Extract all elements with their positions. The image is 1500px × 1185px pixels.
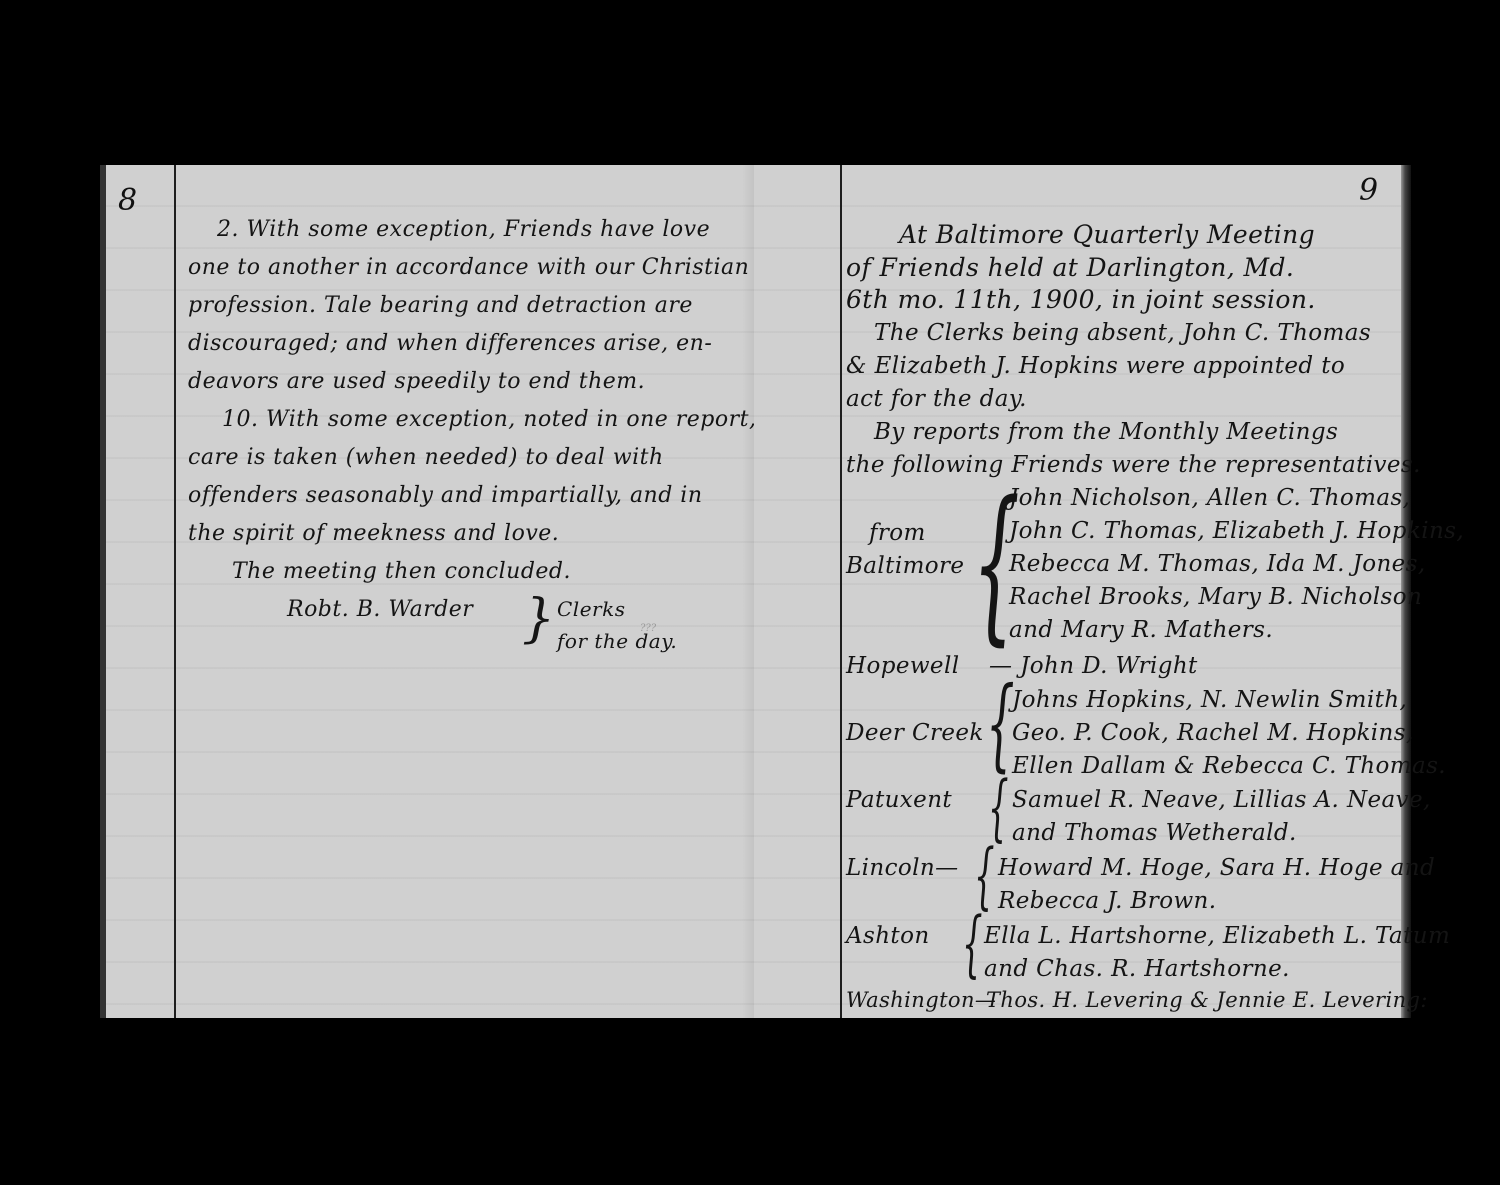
representative-names: Rebecca J. Brown. xyxy=(998,888,1216,914)
paragraph-line: offenders seasonably and impartially, an… xyxy=(188,483,703,508)
meeting-label: Hopewell xyxy=(846,653,959,679)
paragraph-line: deavors are used speedily to end them. xyxy=(188,369,645,394)
paragraph-line: discouraged; and when differences arise,… xyxy=(188,331,712,356)
paragraph-line: one to another in accordance with our Ch… xyxy=(188,255,749,280)
paragraph-line: profession. Tale bearing and detraction … xyxy=(188,293,693,318)
signature-role: Clerks xyxy=(557,597,625,621)
representative-names: Ella L. Hartshorne, Elizabeth L. Tatum xyxy=(984,923,1450,949)
representative-names: Rebecca M. Thomas, Ida M. Jones, xyxy=(1009,551,1426,577)
representative-names: Johns Hopkins, N. Newlin Smith, xyxy=(1012,687,1407,713)
page-number-right: 9 xyxy=(1359,173,1378,208)
heading-line: At Baltimore Quarterly Meeting xyxy=(899,220,1315,249)
meeting-label: Ashton xyxy=(846,923,930,949)
open-book-spread: 8 2. With some exception, Friends have l… xyxy=(102,165,1407,1018)
meeting-label: Patuxent xyxy=(846,787,952,813)
representative-names: John Nicholson, Allen C. Thomas, xyxy=(1009,485,1410,511)
signature-brace: } xyxy=(522,589,555,649)
representative-brace: { xyxy=(962,901,983,985)
right-page: 9 At Baltimore Quarterly Meeting of Frie… xyxy=(754,165,1407,1018)
representative-names: Thos. H. Levering & Jennie E. Levering: xyxy=(986,988,1428,1012)
meeting-label: Lincoln— xyxy=(846,855,959,881)
clerks-line: & Elizabeth J. Hopkins were appointed to xyxy=(846,353,1345,379)
stray-mark: ??? xyxy=(640,623,656,634)
signature-role: for the day. xyxy=(557,629,677,653)
representative-names: Geo. P. Cook, Rachel M. Hopkins, xyxy=(1012,720,1414,746)
page-number-left: 8 xyxy=(118,183,137,218)
representative-names: — John D. Wright xyxy=(989,653,1198,679)
clerks-line: act for the day. xyxy=(846,386,1027,412)
representative-names: Howard M. Hoge, Sara H. Hoge and xyxy=(998,855,1435,881)
meeting-label: Baltimore xyxy=(846,553,964,579)
left-page: 8 2. With some exception, Friends have l… xyxy=(102,165,755,1018)
paragraph-line: 10. With some exception, noted in one re… xyxy=(222,407,756,432)
closing-line: The meeting then concluded. xyxy=(232,559,571,584)
reports-line: the following Friends were the represent… xyxy=(846,452,1421,478)
representative-names: John C. Thomas, Elizabeth J. Hopkins, xyxy=(1009,518,1464,544)
heading-line: of Friends held at Darlington, Md. xyxy=(846,253,1294,282)
paragraph-line: 2. With some exception, Friends have lov… xyxy=(217,217,710,242)
clerks-line: The Clerks being absent, John C. Thomas xyxy=(874,320,1371,346)
representative-names: and Chas. R. Hartshorne. xyxy=(984,956,1290,982)
representative-names: and Mary R. Mathers. xyxy=(1009,617,1273,643)
representative-names: Ellen Dallam & Rebecca C. Thomas. xyxy=(1012,753,1446,779)
right-margin-line xyxy=(840,165,842,1018)
representative-names: and Thomas Wetherald. xyxy=(1012,820,1297,846)
heading-line: 6th mo. 11th, 1900, in joint session. xyxy=(846,285,1316,314)
meeting-label: from xyxy=(869,520,926,546)
meeting-label: Deer Creek xyxy=(846,720,984,746)
paragraph-line: care is taken (when needed) to deal with xyxy=(188,445,664,470)
representative-names: Samuel R. Neave, Lillias A. Neave, xyxy=(1012,787,1431,813)
left-margin-line xyxy=(174,165,176,1018)
meeting-label: Washington— xyxy=(846,988,996,1012)
reports-line: By reports from the Monthly Meetings xyxy=(874,419,1338,445)
left-page-edge xyxy=(100,165,106,1018)
representative-names: Rachel Brooks, Mary B. Nicholson xyxy=(1009,584,1422,610)
signature-name: Robt. B. Warder xyxy=(287,597,473,622)
paragraph-line: the spirit of meekness and love. xyxy=(188,521,559,546)
